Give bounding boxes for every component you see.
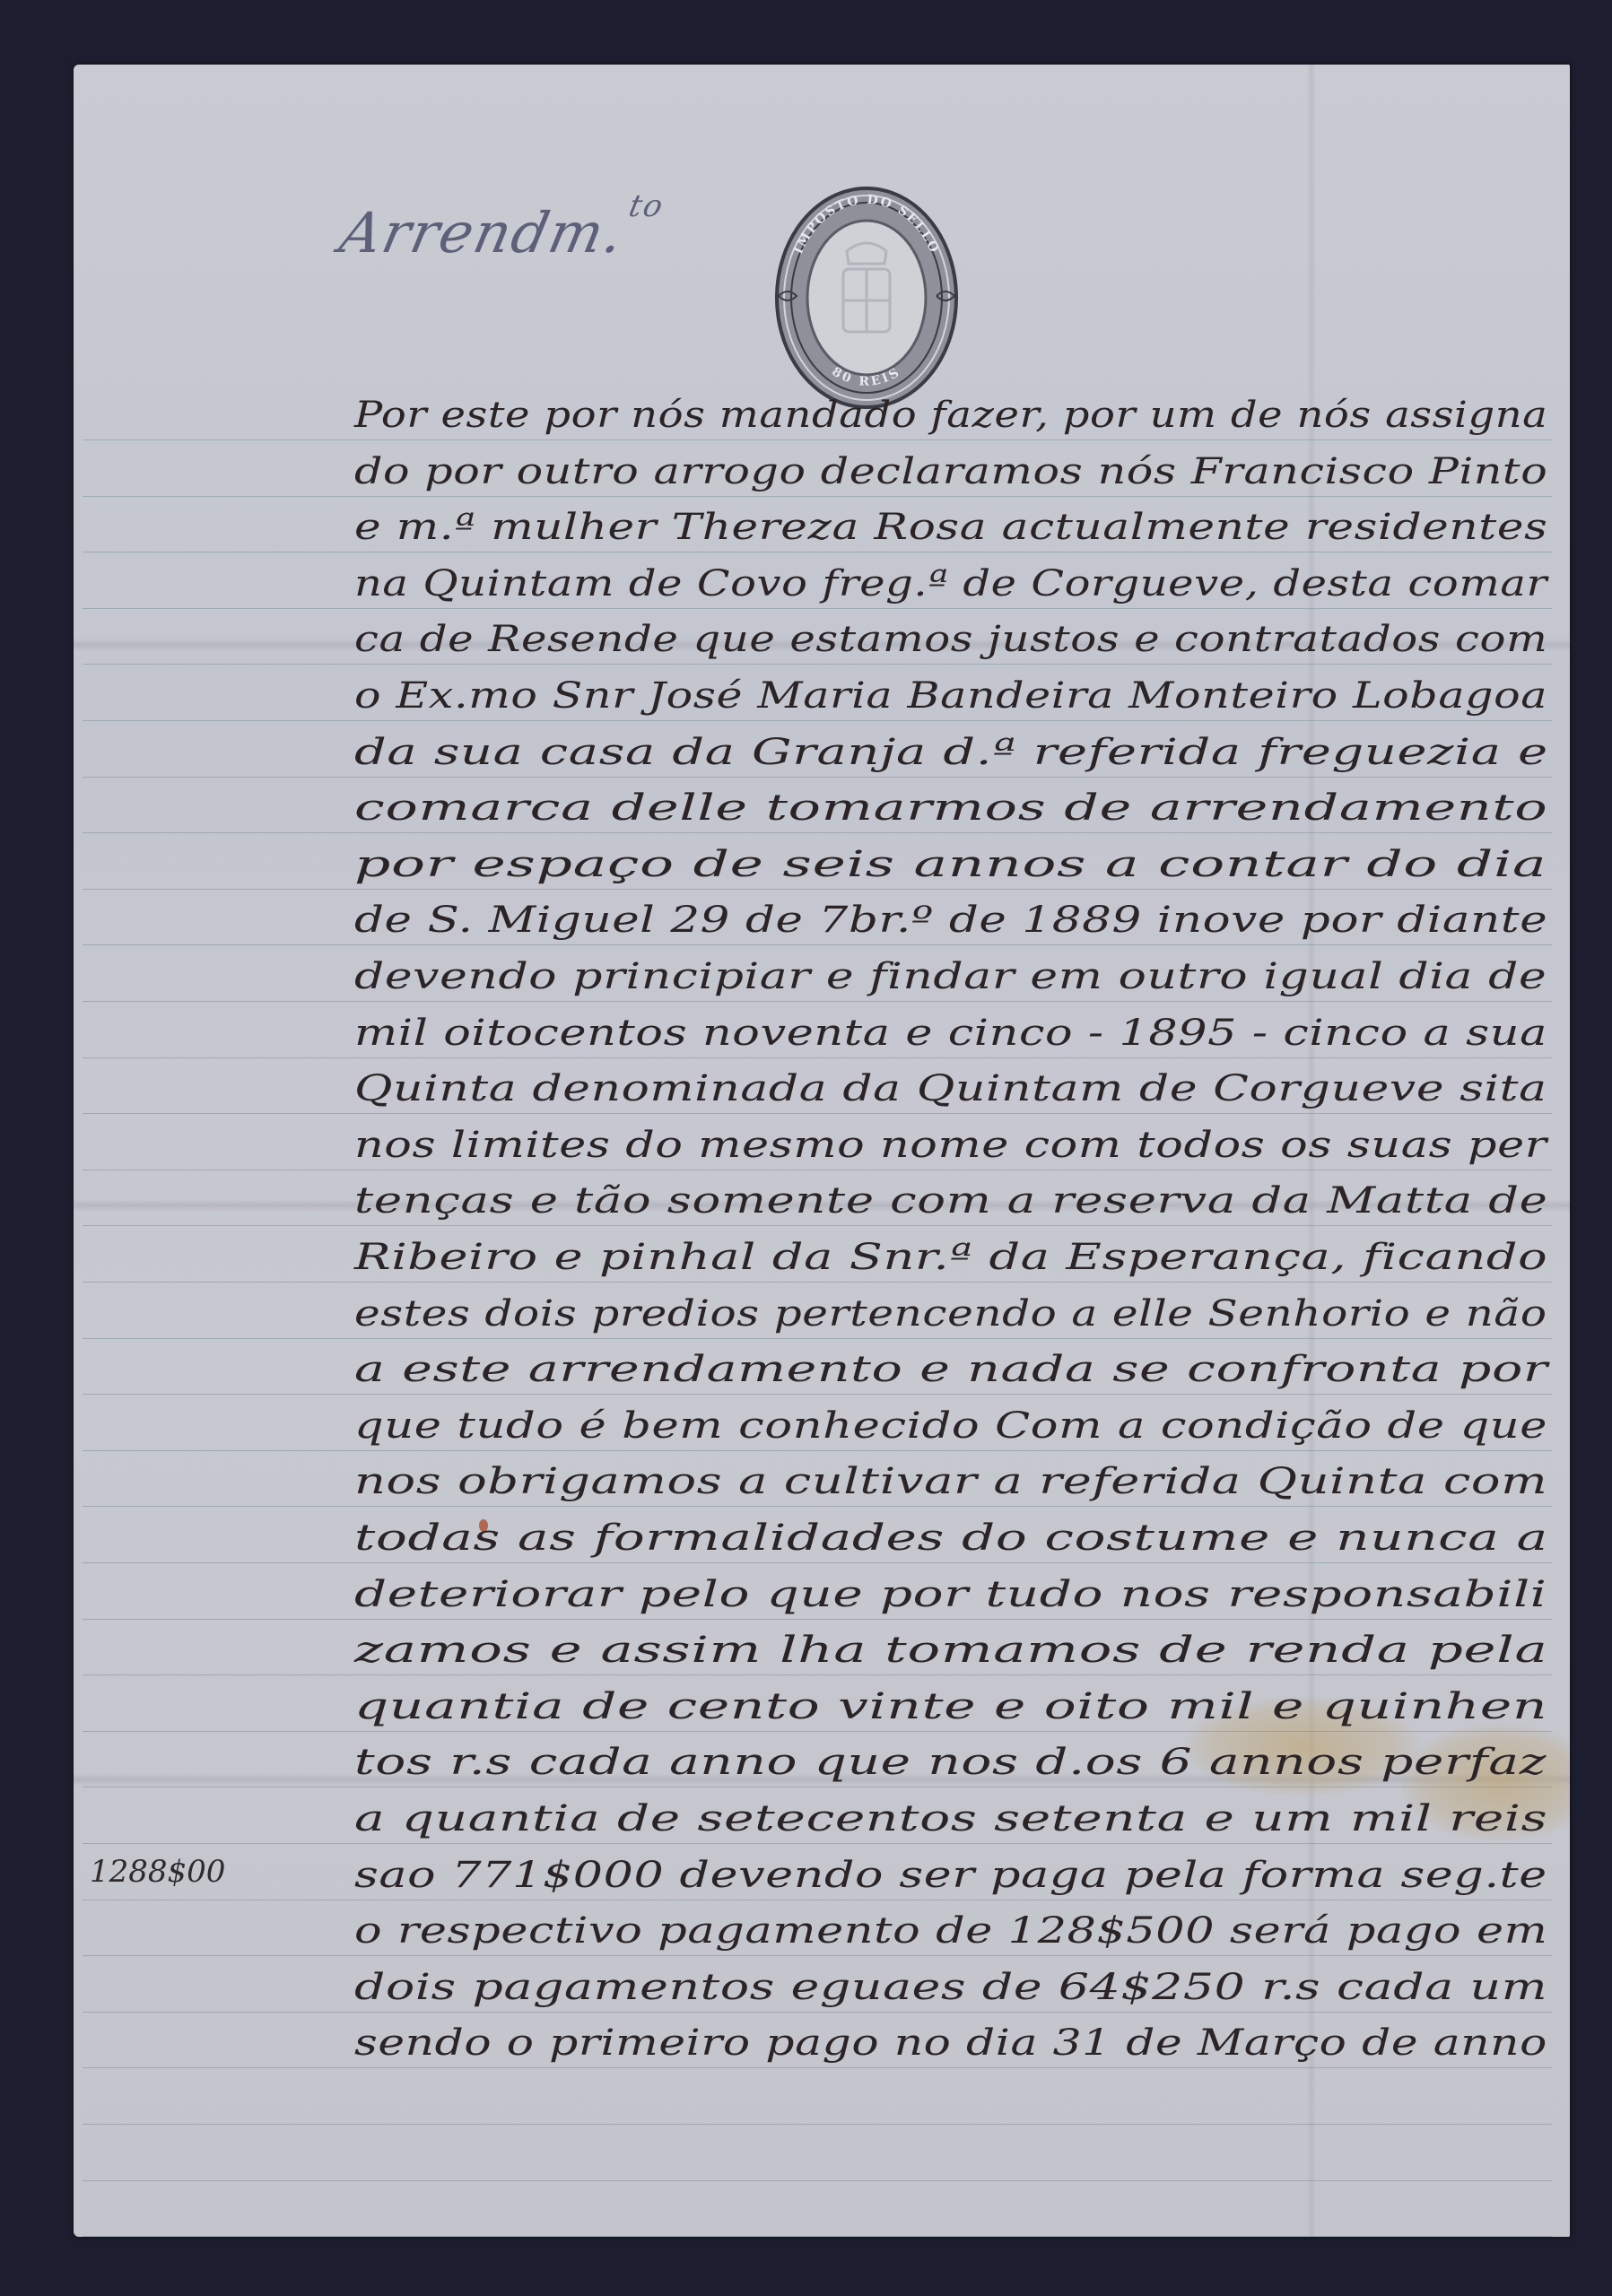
ruled-line [83, 777, 1552, 778]
ruled-line [83, 1394, 1552, 1395]
ruled-line [83, 1506, 1552, 1507]
ruled-line [83, 1113, 1552, 1114]
ruled-line [83, 1001, 1552, 1002]
ruled-line [83, 1955, 1552, 1956]
ruled-line [83, 1787, 1552, 1787]
text-line: da sua casa da Granja d.ª referida fregu… [354, 732, 1548, 773]
text-line: nos obrigamos a cultivar a referida Quin… [354, 1461, 1547, 1502]
text-line: comarca delle tomarmos de arrendamento [354, 787, 1547, 829]
text-line: que tudo é bem conhecido Com a condição … [354, 1405, 1547, 1447]
text-line: Por este por nós mandado fazer, por um d… [354, 395, 1547, 436]
text-line: a quantia de setecentos setenta e um mil… [354, 1798, 1547, 1839]
text-line: sendo o primeiro pago no dia 31 de Março… [354, 2022, 1547, 2064]
text-line: ca de Resende que estamos justos e contr… [354, 619, 1547, 660]
text-line: estes dois predios pertencendo a elle Se… [354, 1293, 1547, 1335]
ruled-line [83, 1619, 1552, 1620]
text-line: e m.ª mulher Thereza Rosa actualmente re… [354, 507, 1547, 548]
text-line: a este arrendamento e nada se confronta … [354, 1349, 1548, 1390]
ruled-line [83, 2124, 1552, 2125]
text-line: na Quintam de Covo freg.ª de Corgueve, d… [354, 563, 1547, 604]
ruled-line [83, 1057, 1552, 1058]
ruled-line [83, 2067, 1552, 2068]
ruled-line [83, 2236, 1552, 2237]
ruled-line [83, 2180, 1552, 2181]
margin-amount-note: 1288$00 [90, 1854, 225, 1890]
heading-text: Arrendm. [335, 200, 631, 265]
text-line: por espaço de seis annos a contar do dia [354, 844, 1547, 885]
ruled-line [83, 1450, 1552, 1451]
heading-superscript: to [625, 188, 667, 224]
text-line: nos limites do mesmo nome com todos os s… [354, 1125, 1547, 1166]
text-line: tenças e tão somente com a reserva da Ma… [354, 1180, 1547, 1222]
document-page: Arrendm.to IMPOSTO DO SELLO 80 REIS 1288… [74, 65, 1570, 2237]
text-line: devendo principiar e findar em outro igu… [354, 956, 1547, 997]
text-line: sao 771$000 devendo ser paga pela forma … [354, 1855, 1547, 1896]
ruled-line [83, 1562, 1552, 1563]
ruled-line [83, 832, 1552, 833]
ruled-line [83, 1282, 1552, 1283]
text-line: quantia de cento vinte e oito mil e quin… [354, 1686, 1547, 1727]
text-line: o Ex.mo Snr José Maria Bandeira Monteiro… [354, 675, 1547, 717]
text-line: de S. Miguel 29 de 7br.º de 1889 inove p… [354, 900, 1547, 941]
text-line: Ribeiro e pinhal da Snr.ª da Esperança, … [354, 1237, 1547, 1278]
ruled-line [83, 720, 1552, 721]
ruled-line [83, 1338, 1552, 1339]
ruled-line [83, 1225, 1552, 1226]
ruled-line [83, 1843, 1552, 1844]
ruled-line [83, 496, 1552, 497]
ruled-line [83, 1674, 1552, 1675]
text-line: todas as formalidades do costume e nunca… [354, 1518, 1548, 1559]
text-line: Quinta denominada da Quintam de Corgueve… [354, 1068, 1547, 1109]
text-line: do por outro arrogo declaramos nós Franc… [354, 451, 1547, 492]
ruled-line [83, 664, 1552, 665]
ruled-line [83, 2012, 1552, 2013]
text-line: mil oitocentos noventa e cinco - 1895 - … [354, 1013, 1547, 1054]
ruled-line [83, 1170, 1552, 1170]
text-line: o respectivo pagamento de 128$500 será p… [354, 1910, 1547, 1952]
ruled-line [83, 889, 1552, 890]
text-line: tos r.s cada anno que nos d.os 6 annos p… [354, 1742, 1547, 1783]
ruled-line [83, 552, 1552, 552]
ruled-line [83, 1731, 1552, 1732]
ruled-line [83, 1900, 1552, 1900]
ruled-line [83, 944, 1552, 945]
text-line: zamos e assim lha tomamos de renda pela [354, 1630, 1548, 1671]
ruled-line [83, 608, 1552, 609]
text-line: dois pagamentos eguaes de 64$250 r.s cad… [354, 1967, 1547, 2008]
ruled-line [83, 439, 1552, 440]
tax-stamp-icon: IMPOSTO DO SELLO 80 REIS [768, 181, 965, 414]
text-line: deteriorar pelo que por tudo nos respons… [354, 1574, 1547, 1615]
document-heading: Arrendm.to [335, 188, 667, 265]
